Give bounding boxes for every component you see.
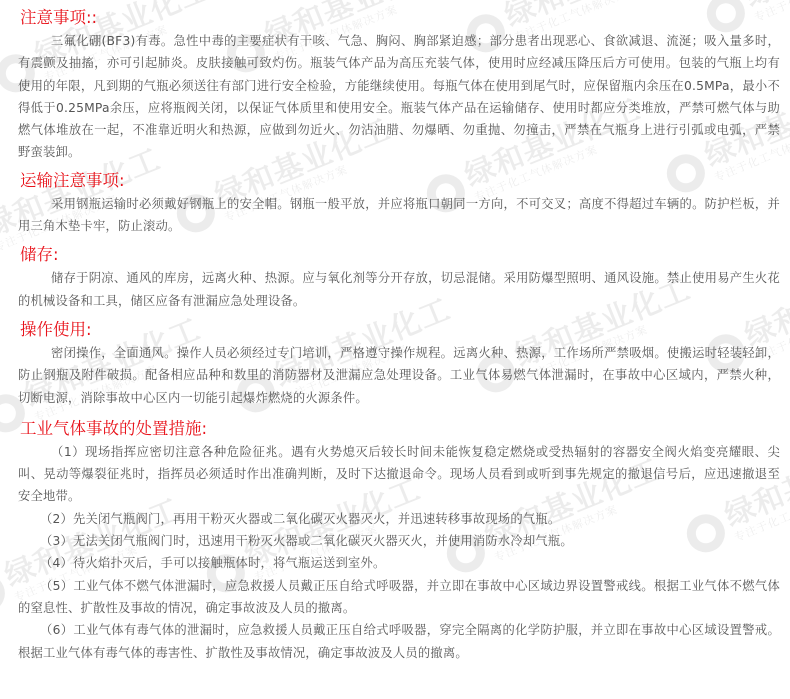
section-precautions: 注意事项:: 三氟化硼(BF3)有毒。急性中毒的主要症状有干咳、气急、胸闷、胸部… [18, 6, 780, 164]
paragraph: 三氟化硼(BF3)有毒。急性中毒的主要症状有干咳、气急、胸闷、胸部紧迫感；部分患… [18, 30, 780, 164]
section-title: 操作使用: [18, 318, 780, 342]
document-content: 注意事项:: 三氟化硼(BF3)有毒。急性中毒的主要症状有干咳、气急、胸闷、胸部… [0, 0, 790, 664]
measure-item-4: （4）待火焰扑灭后，手可以接触瓶体时，将气瓶运送到室外。 [18, 552, 780, 574]
section-title: 储存: [18, 243, 780, 267]
section-title: 注意事项:: [18, 6, 780, 30]
measure-item-6: （6）工业气体有毒气体的泄漏时，应急救援人员戴正压自给式呼吸器，穿完全隔离的化学… [18, 619, 780, 664]
measure-item-1: （1）现场指挥应密切注意各种危险征兆。遇有火势熄灭后较长时间未能恢复稳定燃烧或受… [18, 441, 780, 508]
measure-item-5: （5）工业气体不燃气体泄漏时，应急救援人员戴正压自给式呼吸器，并立即在事故中心区… [18, 575, 780, 620]
section-operation: 操作使用: 密闭操作，全面通风。操作人员必须经过专门培训，严格遵守操作规程。远离… [18, 318, 780, 409]
measure-item-3: （3）无法关闭气瓶阀门时，迅速用干粉灭火器或二氧化碳灭火器灭火，并使用消防水冷却… [18, 530, 780, 552]
section-storage: 储存: 储存于阴凉、通风的库房，远离火种、热源。应与氧化剂等分开存放，切忌混储。… [18, 243, 780, 312]
section-title: 运输注意事项: [18, 169, 780, 193]
section-transport: 运输注意事项: 采用钢瓶运输时必须戴好钢瓶上的安全帽。钢瓶一般平放，并应将瓶口朝… [18, 169, 780, 238]
measure-item-2: （2）先关闭气瓶阀门，再用干粉灭火器或二氧化碳灭火器灭火，并迅速转移事故现场的气… [18, 508, 780, 530]
section-title: 工业气体事故的处置措施: [18, 417, 780, 441]
paragraph: 储存于阴凉、通风的库房，远离火种、热源。应与氧化剂等分开存放，切忌混储。采用防爆… [18, 267, 780, 312]
paragraph: 采用钢瓶运输时必须戴好钢瓶上的安全帽。钢瓶一般平放，并应将瓶口朝同一方向，不可交… [18, 193, 780, 238]
section-accident-measures: 工业气体事故的处置措施: （1）现场指挥应密切注意各种危险征兆。遇有火势熄灭后较… [18, 417, 780, 664]
paragraph: 密闭操作，全面通风。操作人员必须经过专门培训，严格遵守操作规程。远离火种、热源，… [18, 342, 780, 409]
